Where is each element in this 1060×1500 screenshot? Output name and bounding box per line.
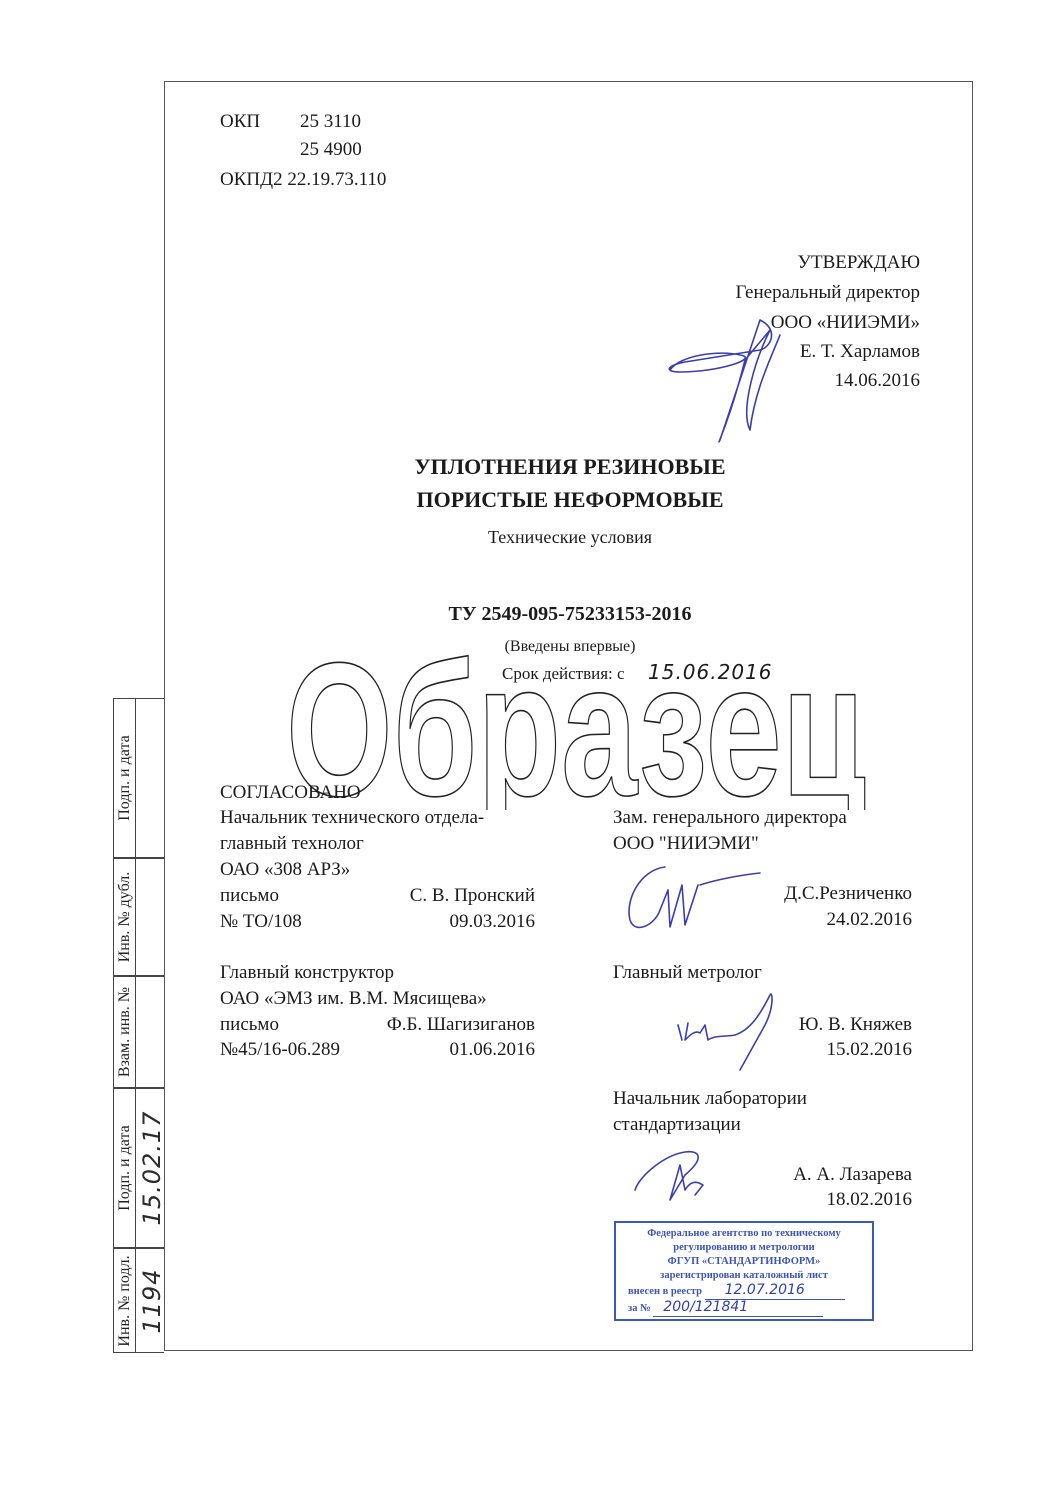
agreed-right-1-line-2: ООО "НИИЭМИ": [613, 831, 759, 857]
agreed-right-3-line-2: стандартизации: [613, 1112, 741, 1138]
agreed-left-1-line-1: Начальник технического отдела-: [220, 805, 484, 831]
signature-lab-head: [625, 1140, 735, 1210]
strip-handwritten-date: 15.02.17: [138, 1111, 166, 1226]
agreed-left-1-doc-label: письмо: [220, 883, 279, 909]
svg-text:Образец: Образец: [286, 630, 866, 810]
signature-chief-metrologist: [670, 985, 800, 1075]
okp-value-1: 25 3110: [300, 109, 361, 135]
agreed-right-1-date: 24.02.2016: [827, 907, 913, 933]
agreed-heading: СОГЛАСОВАНО: [220, 780, 361, 806]
strip-cell-sign-date-1: Подп. и дата: [113, 698, 164, 858]
strip-cell-dup-inv: Инв. № дубл.: [113, 858, 164, 976]
strip-cell-sign-date-2: Подп. и дата 15.02.17: [113, 1088, 164, 1248]
agreed-left-2-doc-number: №45/16-06.289: [220, 1037, 340, 1063]
signature-deputy-director: [620, 855, 770, 940]
agreed-left-1-line-3: ОАО «308 АРЗ»: [220, 857, 350, 883]
stamp-line-3: ФГУП «СТАНДАРТИНФОРМ»: [616, 1255, 872, 1269]
agreed-left-2-date: 01.06.2016: [450, 1037, 536, 1063]
registration-stamp: Федеральное агентство по техническому ре…: [614, 1221, 874, 1321]
title-line-2: ПОРИСТЫЕ НЕФОРМОВЫЕ: [0, 487, 1060, 513]
stamp-number-label: за №: [628, 1303, 651, 1314]
agreed-left-2-line-1: Главный конструктор: [220, 960, 394, 986]
agreed-left-1-line-2: главный технолог: [220, 831, 364, 857]
strip-cell-replaced-inv: Взам. инв. №: [113, 976, 164, 1088]
stamp-registry-date: 12.07.2016: [725, 1282, 805, 1298]
okp-label: ОКП: [220, 109, 260, 135]
agreed-left-1-name: С. В. Пронский: [410, 883, 535, 909]
spec-number: ТУ 2549-095-75233153-2016: [0, 601, 1060, 627]
okpd2-code: ОКПД2 22.19.73.110: [220, 167, 386, 193]
approval-name: Е. Т. Харламов: [800, 339, 920, 365]
agreed-right-3-date: 18.02.2016: [827, 1187, 913, 1213]
agreed-right-1-line-1: Зам. генерального директора: [613, 805, 847, 831]
agreed-left-2-line-2: ОАО «ЭМЗ им. В.М. Мясищева»: [220, 986, 487, 1012]
agreed-left-2-doc-label: письмо: [220, 1012, 279, 1038]
stamp-number-value: 200/121841: [663, 1299, 748, 1315]
agreed-right-3-line-1: Начальник лаборатории: [613, 1086, 807, 1112]
sample-watermark: Образец: [276, 630, 876, 810]
side-strip: Подп. и дата Инв. № дубл. Взам. инв. № П…: [113, 698, 164, 1353]
agreed-right-2-name: Ю. В. Княжев: [799, 1012, 912, 1038]
agreed-right-2-line-1: Главный метролог: [613, 960, 762, 986]
agreed-right-1-name: Д.С.Резниченко: [784, 881, 912, 907]
signature-director: [660, 300, 810, 470]
stamp-line-2: регулированию и метрологии: [616, 1241, 872, 1255]
approval-date: 14.06.2016: [835, 368, 921, 394]
okp-value-2: 25 4900: [300, 137, 362, 163]
strip-handwritten-inv: 1194: [138, 1268, 166, 1333]
title-subtitle: Технические условия: [0, 524, 1060, 550]
strip-cell-original-inv: Инв. № подл. 1194: [113, 1248, 164, 1353]
agreed-right-2-date: 15.02.2016: [827, 1037, 913, 1063]
title-line-1: УПЛОТНЕНИЯ РЕЗИНОВЫЕ: [0, 454, 1060, 480]
approval-heading: УТВЕРЖДАЮ: [798, 250, 920, 276]
agreed-left-2-name: Ф.Б. Шагизиганов: [387, 1012, 535, 1038]
agreed-left-1-doc-number: № ТО/108: [220, 909, 302, 935]
stamp-registry-label: внесен в реестр: [628, 1286, 702, 1297]
stamp-line-1: Федеральное агентство по техническому: [616, 1227, 872, 1241]
stamp-line-4: зарегистрирован каталожный лист: [616, 1269, 872, 1283]
agreed-right-3-name: А. А. Лазарева: [793, 1162, 912, 1188]
agreed-left-1-date: 09.03.2016: [450, 909, 536, 935]
